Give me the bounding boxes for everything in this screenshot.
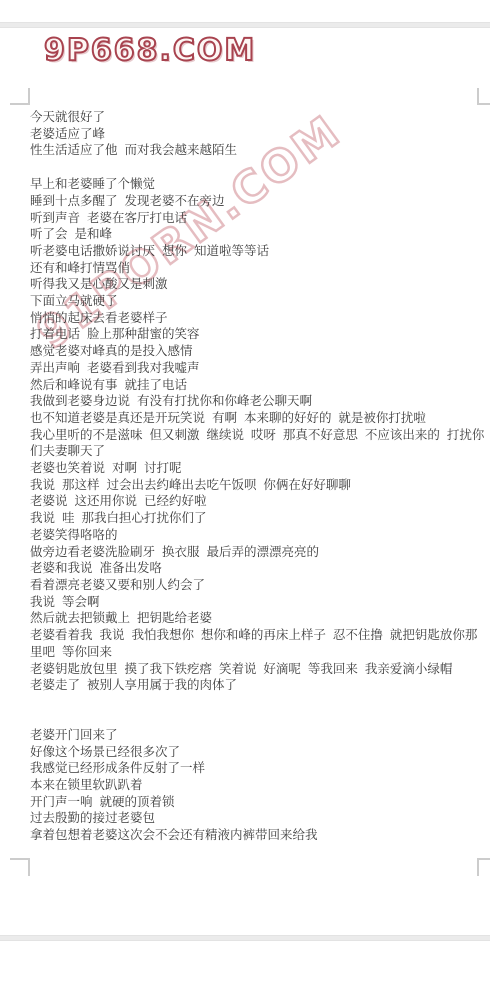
text-line: 听得我又是心酸又是刺激 xyxy=(30,276,486,293)
text-line: 老婆笑得咯咯的 xyxy=(30,527,486,544)
text-line: 我说 那这样 过会出去约峰出去吃午饭呗 你俩在好好聊聊 xyxy=(30,477,486,494)
text-line: 听了会 是和峰 xyxy=(30,226,486,243)
text-line: 我说 等会啊 xyxy=(30,594,486,611)
text-line: 我感觉已经形成条件反射了一样 xyxy=(30,760,486,777)
paragraph: 老婆开门回来了好像这个场景已经很多次了我感觉已经形成条件反射了一样本来在锁里软趴… xyxy=(30,727,486,844)
text-line: 感觉老婆对峰真的是投入感情 xyxy=(30,343,486,360)
text-line: 本来在锁里软趴趴着 xyxy=(30,777,486,794)
document-viewer: 9P668.COM 91PORN.COM 今天就很好了老婆适应了峰性生活适应了他… xyxy=(0,0,490,1000)
text-line: 下面立马就硬了 xyxy=(30,293,486,310)
paragraph: 今天就很好了老婆适应了峰性生活适应了他 而对我会越来越陌生 xyxy=(30,109,486,159)
text-line: 老婆走了 被别人享用属于我的肉体了 xyxy=(30,677,486,694)
crop-mark-top-left-icon xyxy=(10,88,30,105)
page-separator-bottom xyxy=(0,935,490,941)
paragraph: 早上和老婆睡了个懒觉睡到十点多醒了 发现老婆不在旁边听到声音 老婆在客厅打电话听… xyxy=(30,176,486,694)
text-line: 老婆钥匙放包里 摸了我下铁疙瘩 笑着说 好滴呢 等我回来 我亲爱滴小绿帽 xyxy=(30,661,486,678)
text-line: 我说 哇 那我白担心打扰你们了 xyxy=(30,510,486,527)
text-line: 看着漂亮老婆又要和别人约会了 xyxy=(30,577,486,594)
text-line: 过去殷勤的接过老婆包 xyxy=(30,810,486,827)
text-line: 也不知道老婆是真还是开玩笑说 有啊 本来聊的好好的 就是被你打扰啦 xyxy=(30,410,486,427)
text-line: 拿着包想着老婆这次会不会还有精液内裤带回来给我 xyxy=(30,827,486,844)
text-line: 开门声一响 就硬的顶着锁 xyxy=(30,794,486,811)
text-line: 听老婆电话撒娇说讨厌 想你 知道啦等等话 xyxy=(30,243,486,260)
text-line: 做旁边看老婆洗脸刷牙 换衣服 最后弄的漂漂亮亮的 xyxy=(30,544,486,561)
text-line: 听到声音 老婆在客厅打电话 xyxy=(30,210,486,227)
page-separator-top xyxy=(0,22,490,28)
text-line: 打着电话 脸上那种甜蜜的笑容 xyxy=(30,326,486,343)
crop-mark-bottom-left-icon xyxy=(10,858,30,876)
text-line: 老婆也笑着说 对啊 讨打呢 xyxy=(30,460,486,477)
text-line: 老婆适应了峰 xyxy=(30,126,486,143)
crop-mark-bottom-right-icon xyxy=(477,858,490,876)
text-line: 今天就很好了 xyxy=(30,109,486,126)
text-line: 悄悄的起床去看老婆样子 xyxy=(30,310,486,327)
text-line: 我做到老婆身边说 有没有打扰你和你峰老公聊天啊 xyxy=(30,393,486,410)
text-line: 性生活适应了他 而对我会越来越陌生 xyxy=(30,142,486,159)
text-line: 然后和峰说有事 就挂了电话 xyxy=(30,377,486,394)
text-line: 我心里听的不是滋味 但又刺激 继续说 哎呀 那真不好意思 不应该出来的 打扰你们… xyxy=(30,427,486,460)
text-line: 老婆说 这还用你说 已经约好啦 xyxy=(30,493,486,510)
text-line: 早上和老婆睡了个懒觉 xyxy=(30,176,486,193)
text-line: 还有和峰打情骂俏 xyxy=(30,260,486,277)
text-line: 老婆看着我 我说 我怕我想你 想你和峰的再床上样子 忍不住撸 就把钥匙放你那里吧… xyxy=(30,627,486,660)
crop-mark-top-right-icon xyxy=(477,88,490,105)
text-line: 老婆开门回来了 xyxy=(30,727,486,744)
story-text-block: 今天就很好了老婆适应了峰性生活适应了他 而对我会越来越陌生早上和老婆睡了个懒觉睡… xyxy=(30,109,486,844)
text-line: 弄出声响 老婆看到我对我嘘声 xyxy=(30,360,486,377)
text-line: 好像这个场景已经很多次了 xyxy=(30,744,486,761)
text-line: 睡到十点多醒了 发现老婆不在旁边 xyxy=(30,193,486,210)
site-logo: 9P668.COM xyxy=(44,33,256,68)
text-line: 老婆和我说 准备出发咯 xyxy=(30,560,486,577)
text-line: 然后就去把锁戴上 把钥匙给老婆 xyxy=(30,610,486,627)
